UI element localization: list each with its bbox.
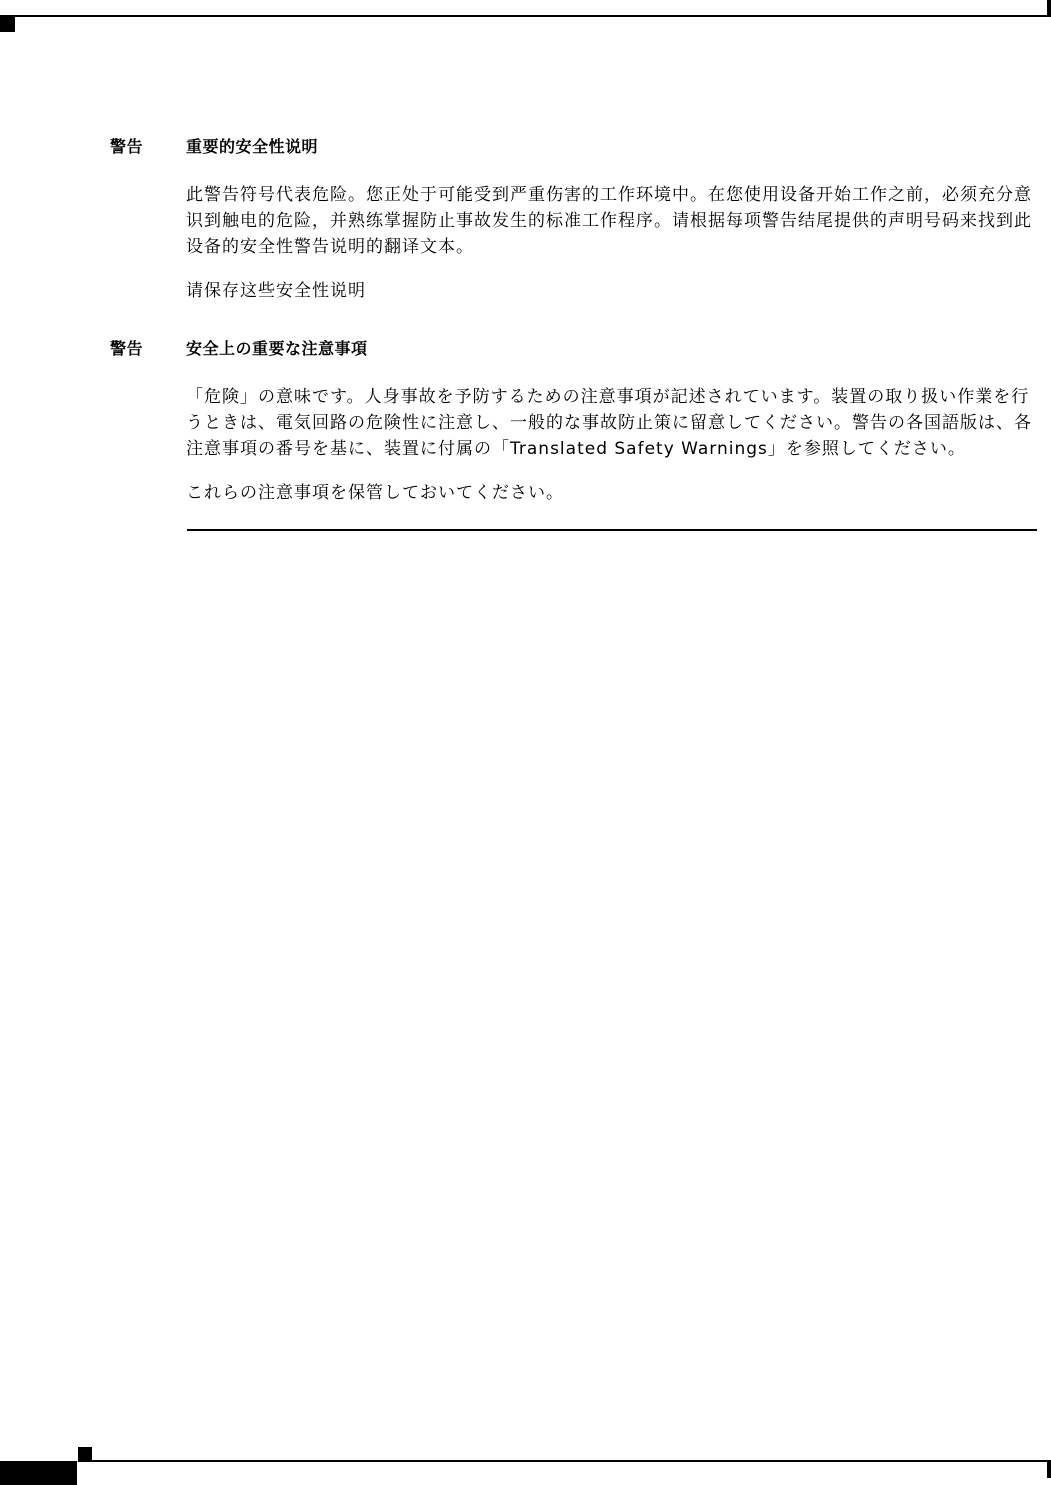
warning-label: 警告: [110, 336, 143, 362]
page-footer-block: [0, 1461, 77, 1485]
warning-title: 重要的安全性说明: [186, 134, 1039, 160]
warning-content: 重要的安全性说明 此警告符号代表危险。您正处于可能受到严重伤害的工作环境中。在您…: [186, 134, 1039, 304]
page-top-right-mark: [1047, 0, 1051, 17]
document-page: 警告 重要的安全性说明 此警告符号代表危险。您正处于可能受到严重伤害的工作环境中…: [0, 0, 1051, 1485]
warning-save-note: これらの注意事項を保管しておいてください。: [186, 480, 1039, 506]
page-top-rule: [0, 15, 1048, 17]
warning-label: 警告: [110, 134, 143, 160]
page-top-left-mark: [0, 17, 15, 32]
page-bottom-right-mark: [1047, 1460, 1051, 1478]
warning-body-text: 「危険」の意味です。人身事故を予防するための注意事項が記述されています。装置の取…: [186, 384, 1039, 462]
warning-block-bottom-rule: [187, 529, 1037, 531]
warning-body-text: 此警告符号代表危险。您正处于可能受到严重伤害的工作环境中。在您使用设备开始工作之…: [186, 182, 1039, 260]
warning-save-note: 请保存这些安全性说明: [186, 278, 1039, 304]
page-bottom-rule: [78, 1460, 1048, 1462]
page-footer-square-mark: [78, 1447, 92, 1461]
warning-content: 安全上の重要な注意事項 「危険」の意味です。人身事故を予防するための注意事項が記…: [186, 336, 1039, 506]
warning-title: 安全上の重要な注意事項: [186, 336, 1039, 362]
